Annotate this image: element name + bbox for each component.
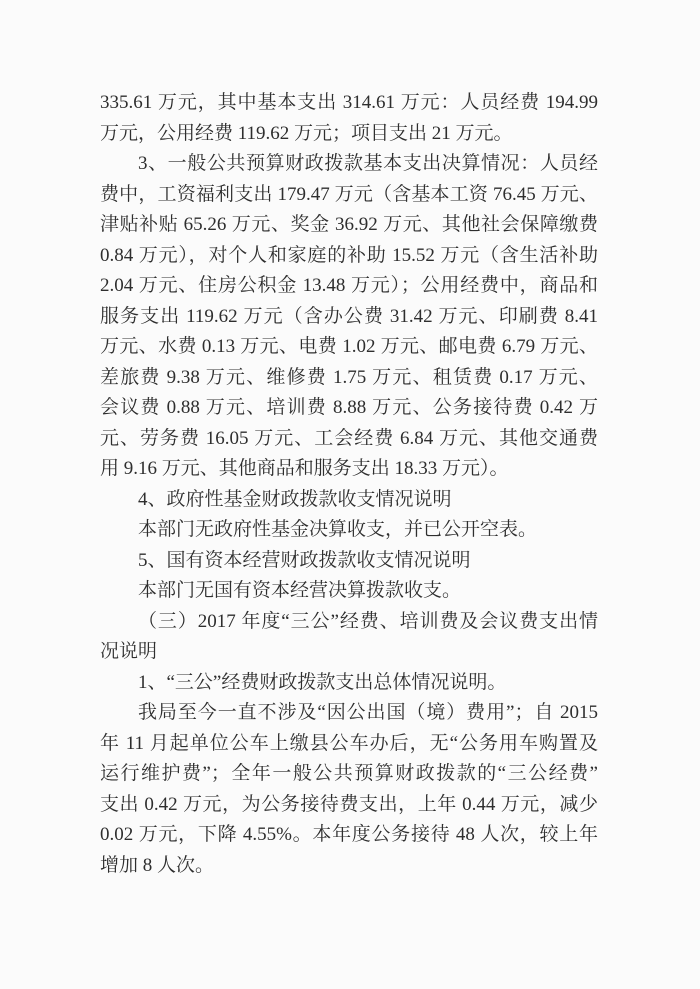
doc-line: 5、国有资本经营财政拨款收支情况说明 (100, 546, 598, 577)
doc-line: 况说明 (100, 637, 598, 668)
doc-line: 1、“三公”经费财政拨款支出总体情况说明。 (100, 668, 598, 699)
doc-line: 支出 0.42 万元，为公务接待费支出，上年 0.44 万元，减少 (100, 790, 598, 821)
doc-line: 2.04 万元、住房公积金 13.48 万元）；公用经费中，商品和 (100, 271, 598, 302)
doc-line: 4、政府性基金财政拨款收支情况说明 (100, 485, 598, 516)
doc-line: 津贴补贴 65.26 万元、奖金 36.92 万元、其他社会保障缴费 (100, 210, 598, 241)
doc-line: 0.02 万元，下降 4.55%。本年度公务接待 48 人次，较上年 (100, 820, 598, 851)
doc-line: （三）2017 年度“三公”经费、培训费及会议费支出情 (100, 607, 598, 638)
doc-line: 万元、水费 0.13 万元、电费 1.02 万元、邮电费 6.79 万元、 (100, 332, 598, 363)
document-body: 335.61 万元，其中基本支出 314.61 万元：人员经费 194.99 万… (100, 88, 598, 881)
doc-line: 费中，工资福利支出 179.47 万元（含基本工资 76.45 万元、 (100, 180, 598, 211)
doc-line: 元、劳务费 16.05 万元、工会经费 6.84 万元、其他交通费 (100, 424, 598, 455)
doc-line: 服务支出 119.62 万元（含办公费 31.42 万元、印刷费 8.41 (100, 302, 598, 333)
doc-line: 0.84 万元），对个人和家庭的补助 15.52 万元（含生活补助 (100, 241, 598, 272)
doc-line: 335.61 万元，其中基本支出 314.61 万元：人员经费 194.99 (100, 88, 598, 119)
doc-line: 差旅费 9.38 万元、维修费 1.75 万元、租赁费 0.17 万元、 (100, 363, 598, 394)
doc-line: 会议费 0.88 万元、培训费 8.88 万元、公务接待费 0.42 万 (100, 393, 598, 424)
doc-line: 用 9.16 万元、其他商品和服务支出 18.33 万元）。 (100, 454, 598, 485)
doc-line: 增加 8 人次。 (100, 851, 598, 882)
doc-line: 万元，公用经费 119.62 万元；项目支出 21 万元。 (100, 119, 598, 150)
doc-line: 我局至今一直不涉及“因公出国（境）费用”；自 2015 (100, 698, 598, 729)
document-page: 335.61 万元，其中基本支出 314.61 万元：人员经费 194.99 万… (0, 0, 700, 989)
doc-line: 本部门无政府性基金决算收支，并已公开空表。 (100, 515, 598, 546)
doc-line: 年 11 月起单位公车上缴县公车办后，无“公务用车购置及 (100, 729, 598, 760)
doc-line: 3、一般公共预算财政拨款基本支出决算情况：人员经 (100, 149, 598, 180)
doc-line: 本部门无国有资本经营决算拨款收支。 (100, 576, 598, 607)
doc-line: 运行维护费”；全年一般公共预算财政拨款的“三公经费” (100, 759, 598, 790)
